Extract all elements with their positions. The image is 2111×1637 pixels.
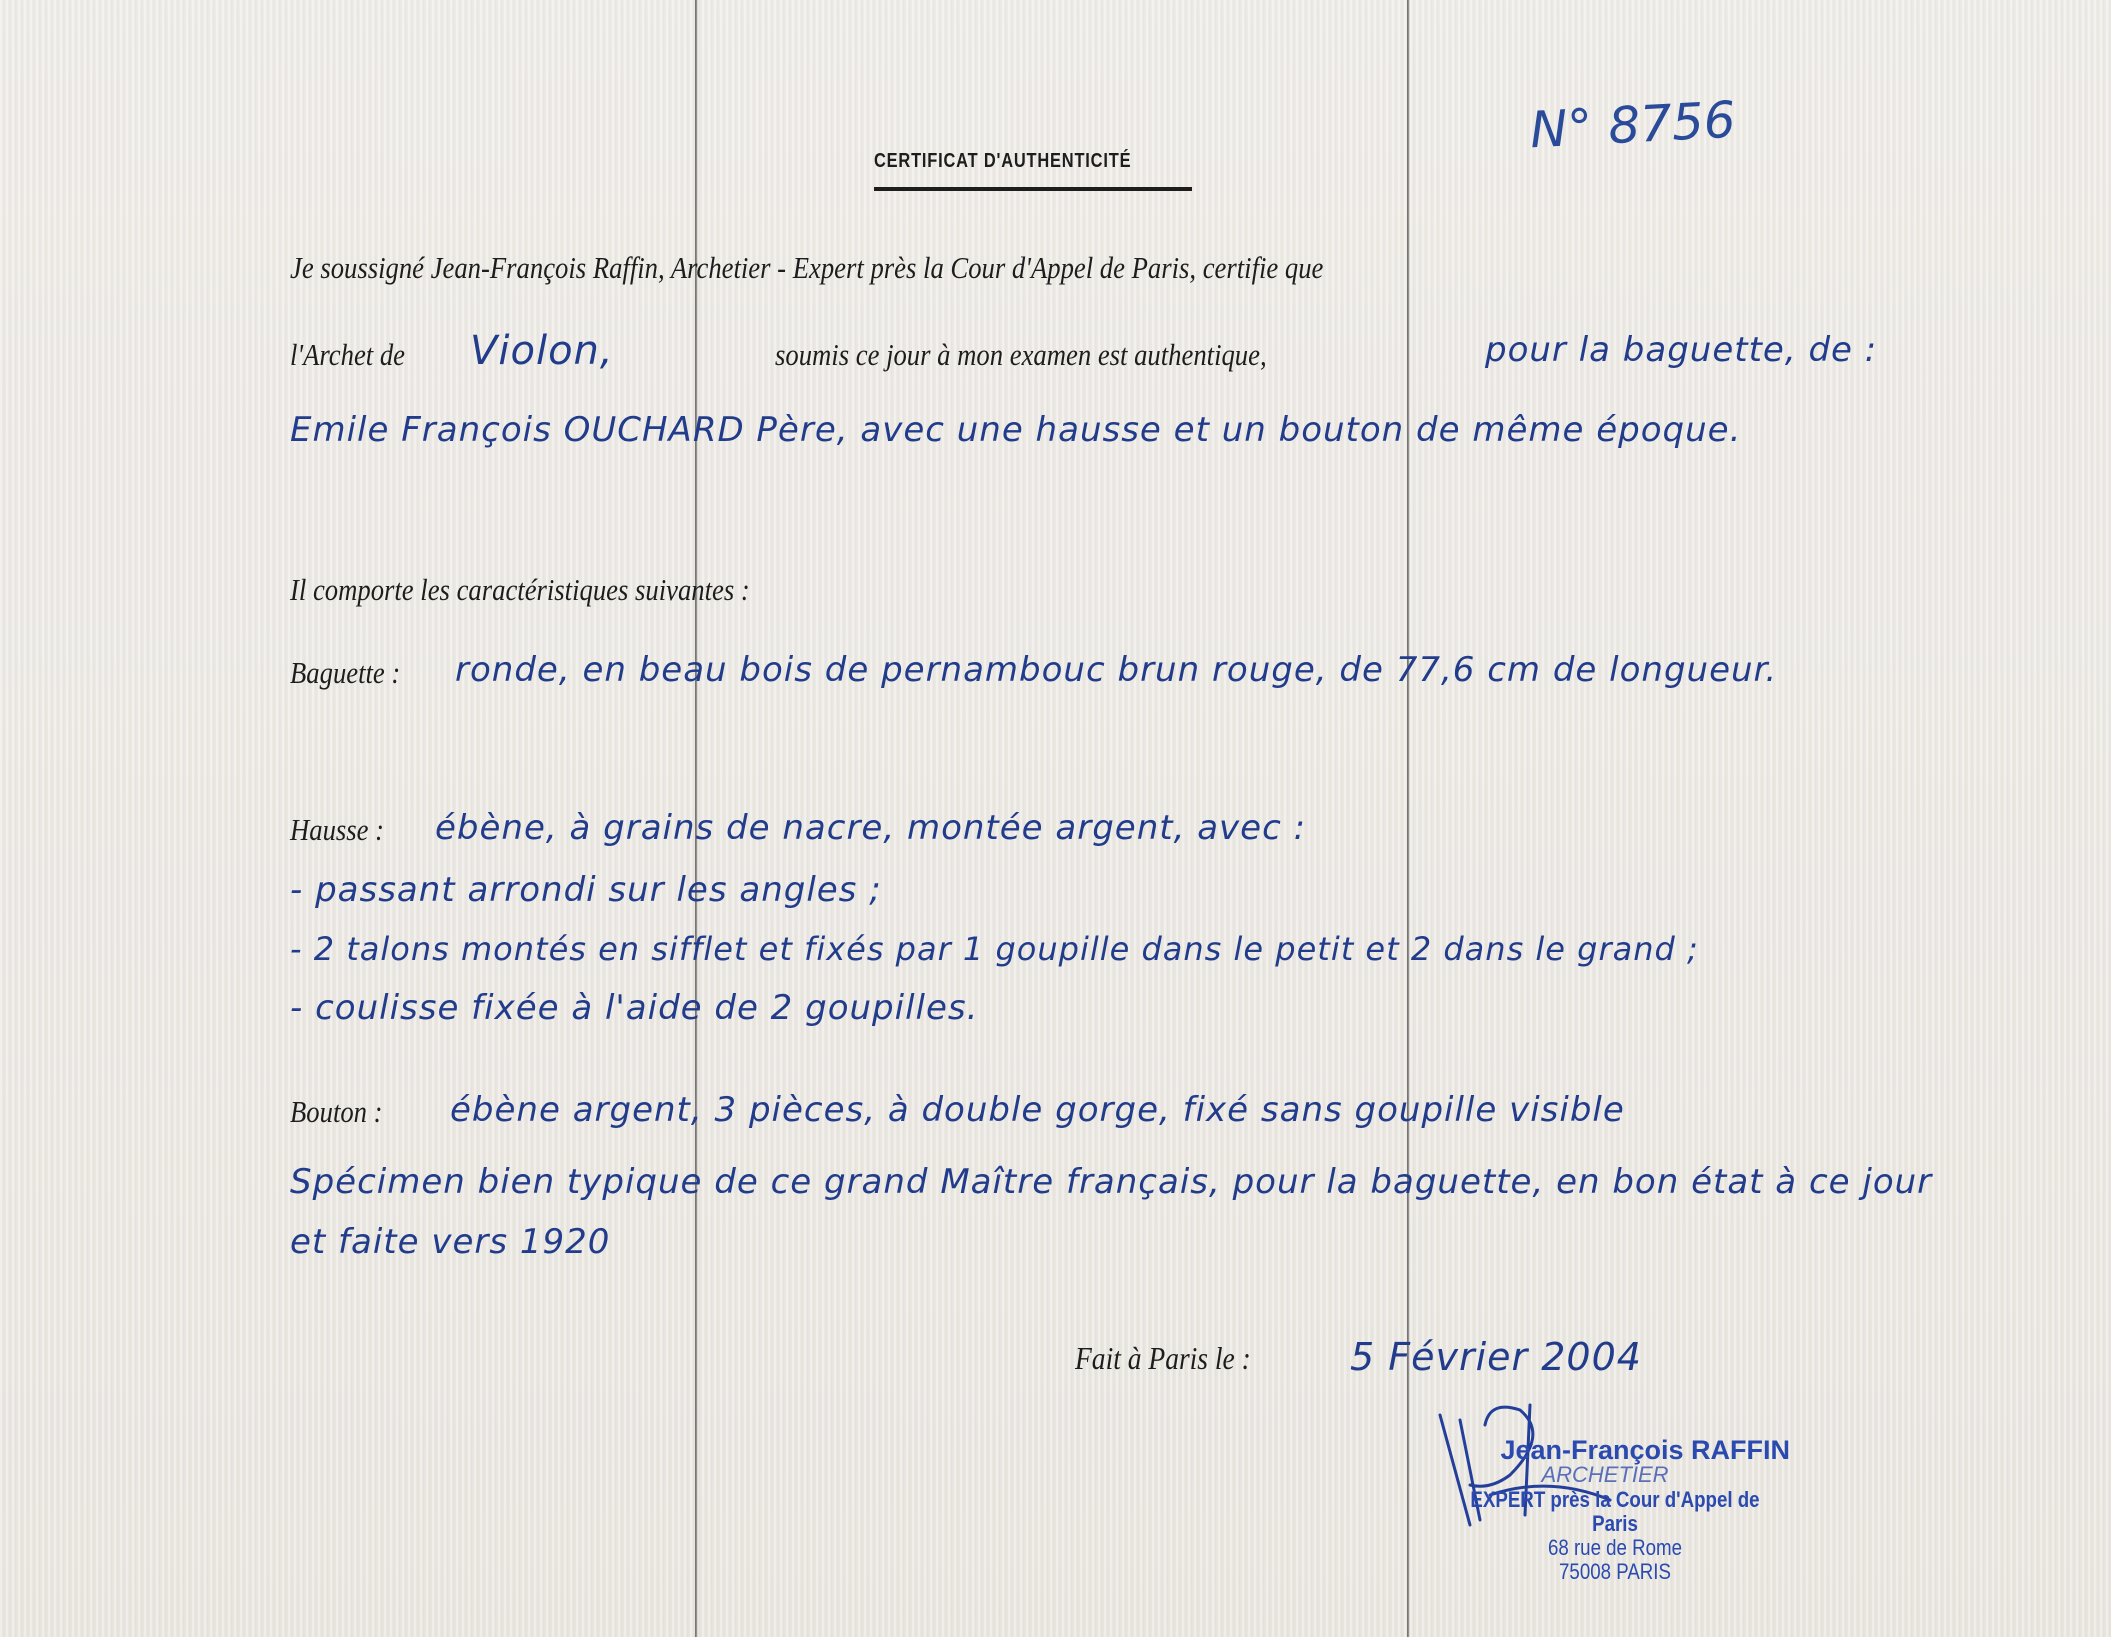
characteristics-heading: Il comporte les caractéristiques suivant… [290,572,750,608]
baguette-label: Baguette : [290,655,400,691]
hausse-item: - coulisse fixée à l'aide de 2 goupilles… [290,988,978,1028]
paper-fold-right [1407,0,1410,1637]
hausse-item: - passant arrondi sur les angles ; [290,870,882,910]
remarks-line-1: Spécimen bien typique de ce grand Maître… [290,1162,1932,1202]
intro-archet-label: l'Archet de [290,337,405,373]
hausse-item: - 2 talons montés en sifflet et fixés pa… [290,930,1699,968]
remarks-line-2: et faite vers 1920 [290,1222,610,1262]
expert-stamp: Jean-François RAFFIN ARCHETIER EXPERT pr… [1430,1435,1800,1584]
intro-line-1: Je soussigné Jean-François Raffin, Arche… [290,250,1323,286]
document-title-block: CERTIFICAT D'AUTHENTICITÉ [874,150,1192,191]
stamp-expert-line: EXPERT près la Cour d'Appel de Paris [1458,1488,1773,1536]
signoff-date: 5 Février 2004 [1350,1335,1642,1379]
stamp-address-line: 68 rue de Rome [1458,1536,1773,1560]
baguette-value: ronde, en beau bois de pernambouc brun r… [455,650,1777,690]
handwritten-pour-baguette: pour la baguette, de : [1485,330,1877,370]
hausse-label: Hausse : [290,812,384,848]
bouton-value: ébène argent, 3 pièces, à double gorge, … [450,1090,1625,1130]
certificate-number: N° 8756 [1529,91,1737,160]
document-title: CERTIFICAT D'AUTHENTICITÉ [874,150,1135,173]
handwritten-instrument: Violon, [470,328,614,374]
intro-examen-text: soumis ce jour à mon examen est authenti… [775,337,1267,373]
handwritten-maker: Emile François OUCHARD Père, avec une ha… [290,410,1741,450]
stamp-city-line: 75008 PARIS [1458,1560,1773,1584]
signoff-label: Fait à Paris le : [1075,1340,1251,1377]
title-underline [874,187,1192,191]
bouton-label: Bouton : [290,1094,383,1130]
hausse-value: ébène, à grains de nacre, montée argent,… [435,808,1306,848]
